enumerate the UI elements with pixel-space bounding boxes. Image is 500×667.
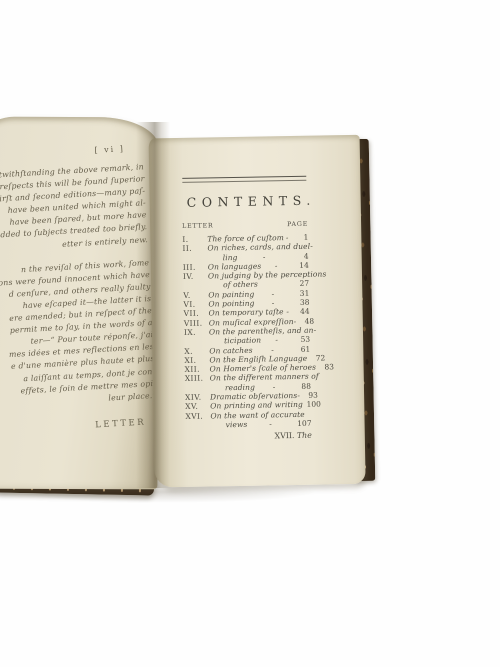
catchword-numeral: XVII. bbox=[275, 431, 295, 440]
toc-numeral: I. bbox=[182, 234, 207, 244]
left-page-text-block: [ vi ] twithſtanding the above remark, i… bbox=[0, 143, 158, 438]
contents-title: CONTENTS. bbox=[182, 193, 308, 210]
catchword-word: The bbox=[297, 431, 312, 440]
toc-page-number: 107 bbox=[293, 419, 311, 429]
toc-numeral: VI. bbox=[183, 300, 208, 310]
toc-page-number: 1 bbox=[290, 233, 308, 243]
right-page: CONTENTS. LETTER PAGE I.The force of cuſ… bbox=[149, 135, 366, 488]
left-page-paragraph: n the reviſal of this work, ſomeons were… bbox=[0, 257, 157, 413]
toc-numeral: VIII. bbox=[184, 318, 209, 328]
page-number-folio: [ vi ] bbox=[0, 143, 143, 163]
contents-block: CONTENTS. LETTER PAGE I.The force of cuſ… bbox=[181, 176, 312, 442]
toc-numeral: XI. bbox=[184, 355, 209, 365]
column-header-page: PAGE bbox=[287, 221, 308, 228]
toc-numeral: II. bbox=[182, 244, 207, 254]
toc-dash: - bbox=[284, 307, 292, 316]
toc-numeral: X. bbox=[184, 346, 209, 356]
toc-numeral: IV. bbox=[183, 272, 208, 282]
toc-entries: I.The force of cuſtom-1II.On riches, car… bbox=[182, 233, 311, 430]
toc-dash: - bbox=[261, 335, 292, 345]
contents-column-headers: LETTER PAGE bbox=[182, 221, 308, 230]
toc-page-number: 38 bbox=[291, 298, 309, 308]
toc-numeral: XV. bbox=[185, 402, 210, 412]
toc-page-number: 93 bbox=[300, 391, 318, 401]
book: [ vi ] twithſtanding the above remark, i… bbox=[0, 0, 500, 667]
toc-title: views bbox=[211, 420, 248, 430]
toc-numeral: XVI. bbox=[185, 411, 210, 421]
toc-page-number: 61 bbox=[292, 344, 310, 354]
toc-numeral: VII. bbox=[184, 309, 209, 319]
toc-page-number: 83 bbox=[316, 362, 334, 372]
toc-page-number: 88 bbox=[293, 381, 311, 391]
column-header-letter: LETTER bbox=[182, 222, 214, 230]
toc-numeral: V. bbox=[183, 290, 208, 300]
left-page-paragraph: twithſtanding the above remark, inreſpec… bbox=[0, 161, 148, 257]
toc-numeral: XII. bbox=[185, 365, 210, 375]
toc-page-number: 14 bbox=[291, 261, 309, 271]
toc-page-number: 44 bbox=[292, 307, 310, 317]
right-page-catchword: XVII. The bbox=[186, 431, 312, 442]
toc-page-number: 4 bbox=[291, 251, 309, 261]
toc-page-number: 53 bbox=[292, 335, 310, 345]
book-photo: [ vi ] twithſtanding the above remark, i… bbox=[0, 0, 500, 667]
toc-title: ling bbox=[208, 253, 238, 263]
left-page-paragraphs: twithſtanding the above remark, inreſpec… bbox=[0, 161, 157, 413]
toc-dash: - bbox=[261, 261, 291, 271]
toc-numeral: XIII. bbox=[185, 374, 210, 384]
ornamental-rule bbox=[182, 176, 306, 183]
toc-dash: - bbox=[247, 419, 293, 429]
toc-page-number: 48 bbox=[296, 316, 314, 326]
toc-numeral: IX. bbox=[184, 327, 209, 337]
left-page: [ vi ] twithſtanding the above remark, i… bbox=[0, 117, 159, 490]
left-page-catchword: LETTER bbox=[0, 417, 158, 438]
toc-dash bbox=[258, 287, 291, 288]
toc-page-number: 31 bbox=[291, 288, 309, 298]
toc-page-number: 72 bbox=[307, 353, 325, 363]
toc-page-number: 27 bbox=[291, 279, 309, 289]
toc-page-number: 100 bbox=[303, 400, 321, 410]
toc-numeral: III. bbox=[183, 262, 208, 272]
toc-numeral: XIV. bbox=[185, 393, 210, 403]
